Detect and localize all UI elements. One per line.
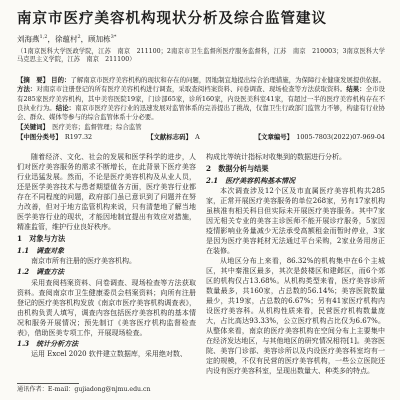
keywords-text: 医疗美容；监督管理；综合监管 <box>46 123 142 131</box>
author-sep-1: ， <box>47 35 55 44</box>
clc-value: R197.32 <box>59 133 93 141</box>
author-name-2: 徐蕴村 <box>55 35 78 44</box>
document-code-label: 【文献标志码】 <box>147 133 189 141</box>
section-1-3-heading: 1.3 统计分析方法 <box>17 339 196 349</box>
section-2-1-paragraph-1: 本次调查涉及12个区及市直属医疗美容机构共285家，正常开展医疗美容服务的单位2… <box>206 186 385 256</box>
footnote: 通讯作者：E-mail：gujiadong@njmu.edu.cn <box>17 381 196 395</box>
clc-number: 【中图分类号】 R197.32 <box>17 133 92 142</box>
author-name-1: 刘海燕 <box>17 35 40 44</box>
author-sup-3: 3* <box>111 34 117 40</box>
document-code-value: A <box>189 133 200 141</box>
footnote-rule <box>17 383 79 384</box>
abstract-block: 【摘 要】 目的：了解南京市医疗美容机构的现状和存在的问题，因地制宜地提出综合治… <box>17 76 385 122</box>
section-1-3-paragraph: 运用 Excel 2020 软件建立数据库，采用绝对数、 <box>17 349 196 359</box>
author-name-3: 顾加栋 <box>88 35 111 44</box>
document-code: 【文献标志码】 A <box>147 133 200 142</box>
abstract-conclusion-label: 结论： <box>56 104 75 112</box>
body-columns: 随着经济、文化、社会的发展和医学科学的进步，人们对医疗美容服务的需求不断增长，在… <box>17 152 385 394</box>
abstract-objective-label: 目的： <box>51 76 70 84</box>
section-1-heading: 1 对象与方法 <box>17 234 196 244</box>
section-1-1-paragraph: 南京市所有注册的医疗美容机构。 <box>17 256 196 266</box>
section-2-heading: 2 数据分析与结果 <box>206 164 385 174</box>
meta-row: 【中图分类号】 R197.32 【文献标志码】 A 【文章编号】 1005-78… <box>17 133 385 142</box>
correspondence-email: 通讯作者：E-mail：gujiadong@njmu.edu.cn <box>17 386 196 395</box>
intro-paragraph: 随着经济、文化、社会的发展和医学科学的进步，人们对医疗美容服务的需求不断增长，在… <box>17 152 196 232</box>
abstract-methods-text: 对南京市注册登记的所有医疗美容机构进行调查，采取查阅档案资料、问卷调查、现场检查… <box>36 85 346 93</box>
affiliations: （1南京医科大学医政学院，江苏 南京 211100；2南京市卫生监督所医疗服务监… <box>17 48 385 66</box>
keywords-line: 【关键词】 医疗美容；监督管理；综合监管 <box>17 123 385 132</box>
article-id: 【文章编号】 1005-7803(2022)07-969-04 <box>255 133 385 142</box>
section-1-2-heading: 1.2 调查方法 <box>17 267 196 277</box>
section-1-1-heading: 1.1 调查对象 <box>17 246 196 256</box>
page-title: 南京市医疗美容机构现状分析及综合监管建议 <box>17 11 385 28</box>
section-2-1-heading: 2.1 医疗美容机构基本情况 <box>206 176 385 186</box>
abstract-label: 【摘 要】 <box>17 76 49 84</box>
authors-line: 刘海燕1,2，徐蕴村2，顾加栋3* <box>17 33 385 44</box>
clc-label: 【中图分类号】 <box>17 133 59 141</box>
section-1-2-paragraph: 采用查阅档案资料、问卷调查、现场检查等方法获取资料。查阅南京市卫生健康委员会档案… <box>17 278 196 338</box>
article-id-value: 1005-7803(2022)07-969-04 <box>290 133 385 141</box>
section-2-1-paragraph-2: 从地区分布上来看，86.32%的机构集中在6个主城区，其中秦淮区最多，其次是鼓楼… <box>206 256 385 376</box>
paper-page: 南京市医疗美容机构现状分析及综合监管建议 刘海燕1,2，徐蕴村2，顾加栋3* （… <box>0 0 400 400</box>
abstract-objective-text: 了解南京市医疗美容机构的现状和存在的问题，因地制宜地提出综合治理措施，为保障行业… <box>70 76 385 84</box>
left-column: 随着经济、文化、社会的发展和医学科学的进步，人们对医疗美容服务的需求不断增长，在… <box>17 152 196 394</box>
abstract-methods-label: 方法： <box>17 85 36 93</box>
abstract-results-label: 结果： <box>346 85 365 93</box>
right-column: 构成比等统计指标对收集到的数据进行分析。 2 数据分析与结果 2.1 医疗美容机… <box>206 152 385 394</box>
article-id-label: 【文章编号】 <box>255 133 290 141</box>
keywords-label: 【关键词】 <box>17 123 46 131</box>
continuation-paragraph: 构成比等统计指标对收集到的数据进行分析。 <box>206 152 385 162</box>
